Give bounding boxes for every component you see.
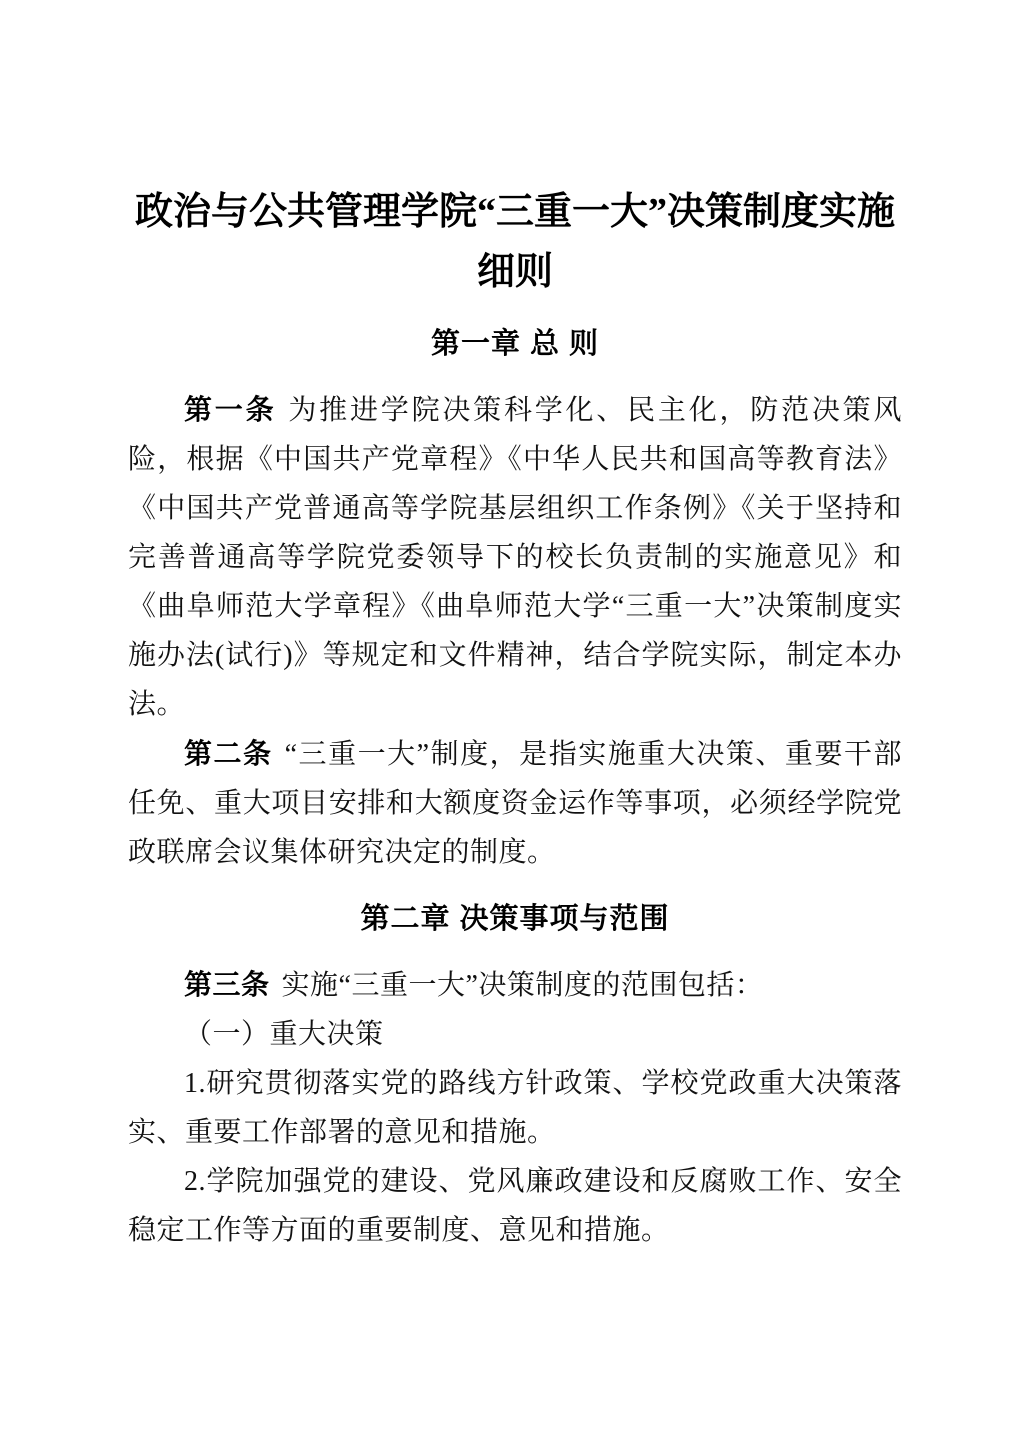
document-body: 第一章 总 则第一条为推进学院决策科学化、民主化，防范决策风险，根据《中国共产党… <box>128 320 902 1255</box>
article-text: 实施“三重一大”决策制度的范围包括： <box>282 970 764 1001</box>
list-paragraph: 2.学院加强党的建设、党风廉政建设和反腐败工作、安全稳定工作等方面的重要制度、意… <box>128 1157 902 1255</box>
article-number: 第三条 <box>184 969 270 1000</box>
article-number: 第一条 <box>184 394 276 425</box>
document-page: 政治与公共管理学院“三重一大”决策制度实施细则 第一章 总 则第一条为推进学院决… <box>0 0 1024 1448</box>
article-text: 为推进学院决策科学化、民主化，防范决策风险，根据《中国共产党章程》《中华人民共和… <box>128 395 902 720</box>
article-paragraph: 第二条“三重一大”制度，是指实施重大决策、重要干部任免、重大项目安排和大额度资金… <box>128 729 902 877</box>
article-number: 第二条 <box>184 738 273 769</box>
chapter-heading: 第一章 总 则 <box>128 320 902 369</box>
chapter-heading: 第二章 决策事项与范围 <box>128 895 902 944</box>
article-paragraph: 第三条实施“三重一大”决策制度的范围包括： <box>128 960 902 1010</box>
list-paragraph: （一）重大决策 <box>128 1010 902 1059</box>
document-title: 政治与公共管理学院“三重一大”决策制度实施细则 <box>128 182 902 302</box>
list-paragraph: 1.研究贯彻落实党的路线方针政策、学校党政重大决策落实、重要工作部署的意见和措施… <box>128 1059 902 1157</box>
article-paragraph: 第一条为推进学院决策科学化、民主化，防范决策风险，根据《中国共产党章程》《中华人… <box>128 385 902 729</box>
